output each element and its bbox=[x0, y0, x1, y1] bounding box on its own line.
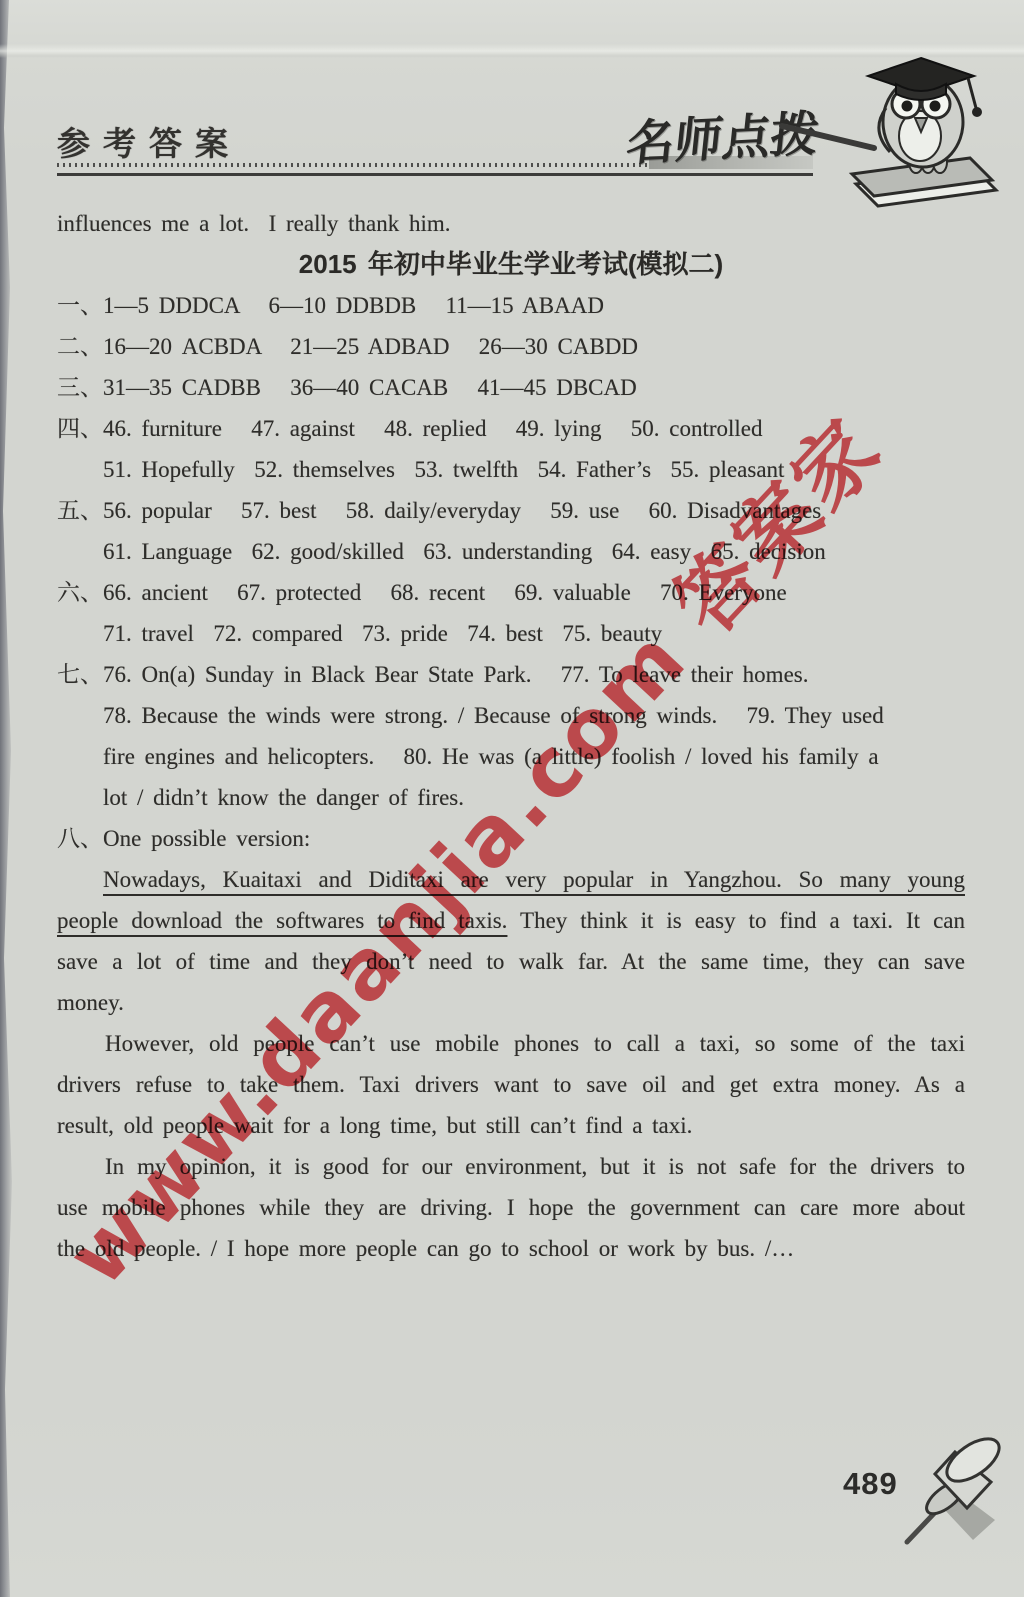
text-line: lot / didn’t know the danger of fires. bbox=[57, 777, 965, 818]
text-line: drivers refuse to take them. Taxi driver… bbox=[57, 1064, 965, 1105]
text-line: 一、1—5 DDDCA 6—10 DDBDB 11—15 ABAAD bbox=[57, 285, 965, 326]
text-line: 2015 年初中毕业生学业考试(模拟二) bbox=[57, 244, 965, 285]
text-line: save a lot of time and they don’t need t… bbox=[57, 941, 965, 982]
answer-text-block: influences me a lot. I really thank him.… bbox=[57, 203, 965, 1269]
text-line: 八、One possible version: bbox=[57, 818, 965, 859]
page-section-title: 参考答案 bbox=[57, 118, 241, 165]
pushpin-icon bbox=[893, 1420, 1011, 1560]
text-line: use mobile phones while they are driving… bbox=[57, 1187, 965, 1228]
text-line: fire engines and helicopters. 80. He was… bbox=[57, 736, 965, 777]
page-number: 489 bbox=[843, 1466, 898, 1502]
owl-graduate-on-book-icon bbox=[778, 56, 1008, 208]
scan-torn-edge bbox=[0, 0, 14, 1597]
text-line: 71. travel 72. compared 73. pride 74. be… bbox=[57, 613, 965, 654]
text-line: 五、56. popular 57. best 58. daily/everyda… bbox=[57, 490, 965, 531]
header-rule bbox=[57, 173, 813, 176]
scanned-answer-page: 参考答案 名师点拨 influences me a lot. I really … bbox=[0, 0, 1024, 1597]
text-line: Nowadays, Kuaitaxi and Diditaxi are very… bbox=[57, 859, 965, 900]
text-line: money. bbox=[57, 982, 965, 1023]
text-line: 四、46. furniture 47. against 48. replied … bbox=[57, 408, 965, 449]
text-line: In my opinion, it is good for our enviro… bbox=[57, 1146, 965, 1187]
text-line: result, old people wait for a long time,… bbox=[57, 1105, 965, 1146]
text-line: the old people. / I hope more people can… bbox=[57, 1228, 965, 1269]
text-line: 51. Hopefully 52. themselves 53. twelfth… bbox=[57, 449, 965, 490]
text-line: 二、16—20 ACBDA 21—25 ADBAD 26—30 CABDD bbox=[57, 326, 965, 367]
header-dotted-rule bbox=[57, 163, 649, 167]
text-line: 78. Because the winds were strong. / Bec… bbox=[57, 695, 965, 736]
text-line: 三、31—35 CADBB 36—40 CACAB 41—45 DBCAD bbox=[57, 367, 965, 408]
text-line: 六、66. ancient 67. protected 68. recent 6… bbox=[57, 572, 965, 613]
text-line: influences me a lot. I really thank him. bbox=[57, 203, 965, 244]
text-line: However, old people can’t use mobile pho… bbox=[57, 1023, 965, 1064]
text-line: people download the softwares to find ta… bbox=[57, 900, 965, 941]
text-line: 七、76. On(a) Sunday in Black Bear State P… bbox=[57, 654, 965, 695]
text-line: 61. Language 62. good/skilled 63. unders… bbox=[57, 531, 965, 572]
